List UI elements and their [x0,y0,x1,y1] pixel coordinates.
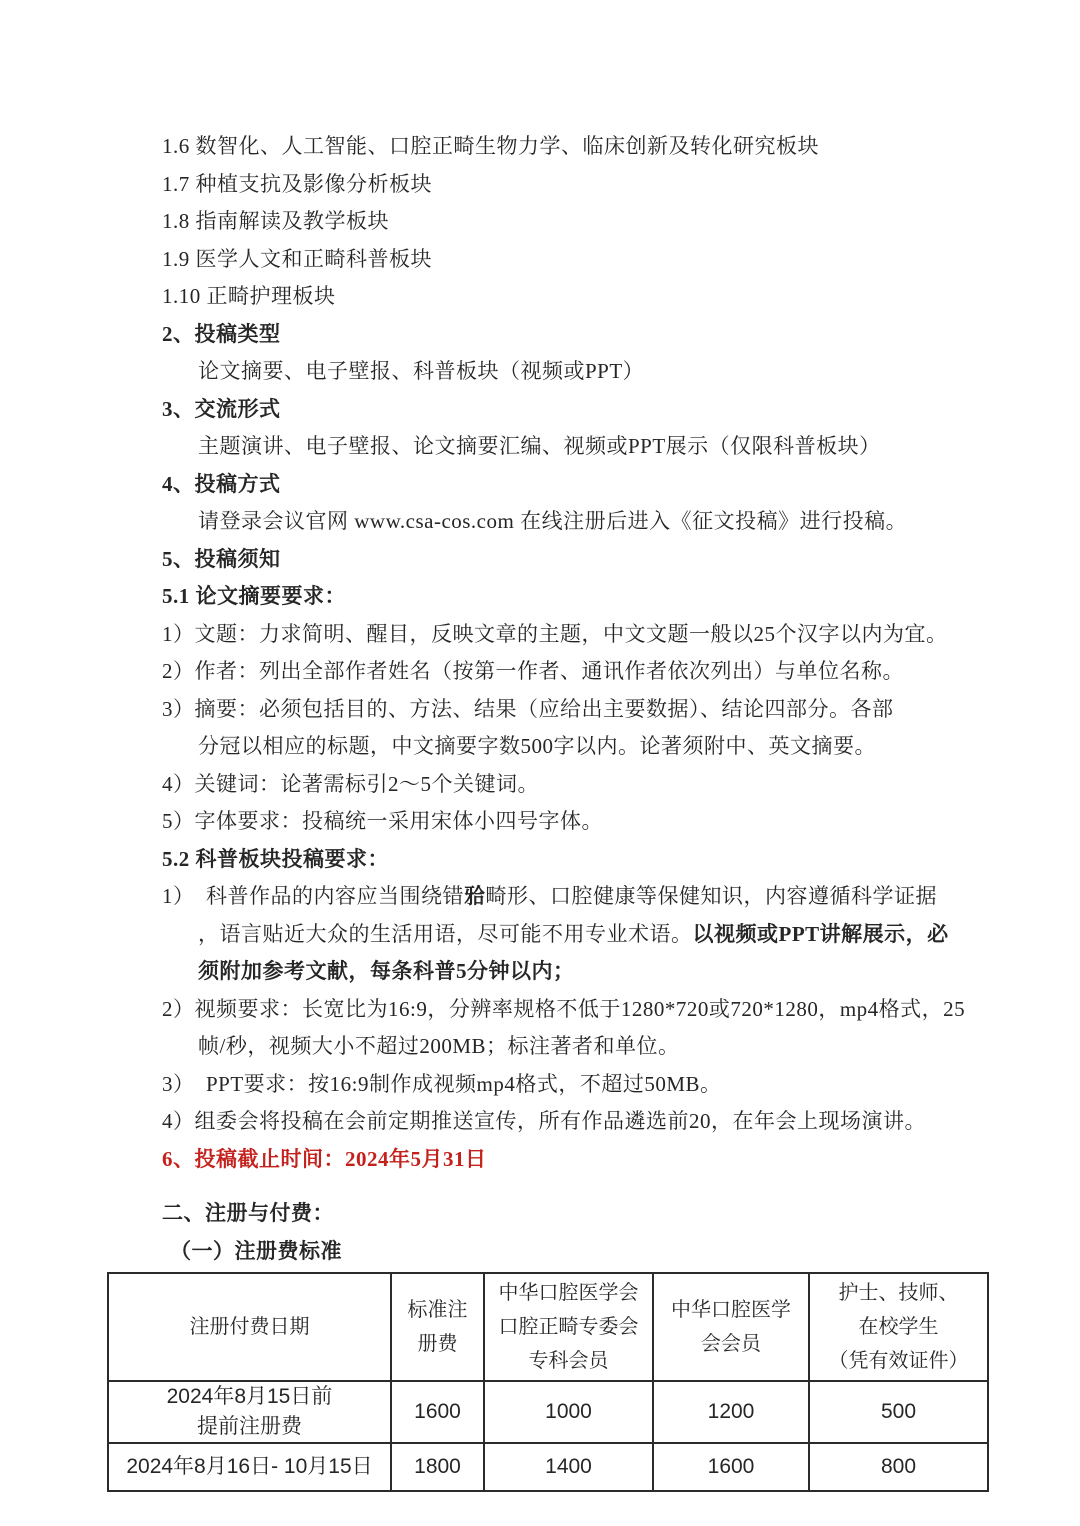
text-line-14: 1）文题：力求简明、醒目，反映文章的主题，中文文题一般以25个汉字以内为宜。 [162,616,1080,654]
text-segment: 1）文题：力求简明、醒目，反映文章的主题，中文文题一般以25个汉字以内为宜。 [162,622,948,646]
bold-text-segment: 以视频或PPT讲解展示，必 [693,922,949,946]
text-segment: 2）视频要求：长宽比为16:9，分辨率规格不低于1280*720或720*128… [162,997,965,1021]
text-line-11: 请登录会议官网 www.csa-cos.com 在线注册后进入《征文投稿》进行投… [198,503,1080,541]
text-line-13: 5.1 论文摘要要求： [162,578,1080,616]
text-line-5: 1.10 正畸护理板块 [162,278,1080,316]
fee-table-header-row: 注册付费日期 标准注 册费 中华口腔医学会 口腔正畸专委会 专科会员 中华口腔医… [108,1273,988,1381]
fee-header-nurse-student: 护士、技师、 在校学生 （凭有效证件） [809,1273,988,1381]
text-line-23: 须附加参考文献，每条科普5分钟以内； [198,953,1080,991]
text-segment: 4）关键词：论著需标引2～5个关键词。 [162,772,539,796]
text-line-10: 4、投稿方式 [162,466,1080,504]
text-line-28: 6、投稿截止时间：2024年5月31日 [162,1141,1080,1179]
text-line-7: 论文摘要、电子壁报、科普板块（视频或PPT） [198,353,1080,391]
text-line-26: 3） PPT要求：按16:9制作成视频mp4格式，不超过50MB。 [162,1066,1080,1104]
text-segment: 二、注册与付费： [162,1201,334,1225]
text-line-3: 1.8 指南解读及教学板块 [162,203,1080,241]
text-line-27: 4）组委会将投稿在会前定期推送宣传，所有作品遴选前20，在年会上现场演讲。 [162,1103,1080,1141]
text-line-12: 5、投稿须知 [162,541,1080,579]
text-segment: 帧/秒，视频大小不超过200MB；标注著者和单位。 [198,1034,680,1058]
registration-fee-table: 注册付费日期 标准注 册费 中华口腔医学会 口腔正畸专委会 专科会员 中华口腔医… [107,1272,989,1492]
text-segment: 2、投稿类型 [162,322,281,346]
text-segment: 4、投稿方式 [162,472,281,496]
bold-text-segment: 须附加参考文献，每条科普5分钟以内； [198,959,575,983]
text-line-18: 4）关键词：论著需标引2～5个关键词。 [162,766,1080,804]
text-segment: 2）作者：列出全部作者姓名（按第一作者、通讯作者依次列出）与单位名称。 [162,659,904,683]
text-line-8: 3、交流形式 [162,391,1080,429]
text-segment: 5）字体要求：投稿统一采用宋体小四号字体。 [162,809,603,833]
fee-table-row-regular: 2024年8月16日- 10月15日 1800 1400 1600 800 [108,1443,988,1491]
text-line-1: 1.6 数智化、人工智能、口腔正畸生物力学、临床创新及转化研究板块 [162,128,1080,166]
text-segment: 4）组委会将投稿在会前定期推送宣传，所有作品遴选前20，在年会上现场演讲。 [162,1109,926,1133]
fee-cell-value: 1600 [391,1381,484,1443]
text-segment: 1.7 种植支抗及影像分析板块 [162,172,432,196]
fee-header-standard: 标准注 册费 [391,1273,484,1381]
text-segment: （一）注册费标准 [170,1239,342,1263]
text-line-9: 主题演讲、电子壁报、论文摘要汇编、视频或PPT展示（仅限科普板块） [198,428,1080,466]
text-line-22: ，语言贴近大众的生活用语，尽可能不用专业术语。以视频或PPT讲解展示，必 [198,916,1080,954]
fee-header-date: 注册付费日期 [108,1273,391,1381]
text-line-16: 3）摘要：必须包括目的、方法、结果（应给出主要数据）、结论四部分。各部 [162,691,1080,729]
fee-header-society-member: 中华口腔医学 会会员 [653,1273,809,1381]
text-line-20: 5.2 科普板块投稿要求： [162,841,1080,879]
text-segment: 1.8 指南解读及教学板块 [162,209,389,233]
fee-cell-value: 800 [809,1443,988,1491]
document-body: 1.6 数智化、人工智能、口腔正畸生物力学、临床创新及转化研究板块1.7 种植支… [0,0,1080,1270]
text-segment: 畸形、口腔健康等保健知识，内容遵循科学证据 [486,884,938,908]
text-line-21: 1） 科普作品的内容应当围绕错𬌗畸形、口腔健康等保健知识，内容遵循科学证据 [162,878,1080,916]
fee-cell-value: 1600 [653,1443,809,1491]
text-segment: 1.6 数智化、人工智能、口腔正畸生物力学、临床创新及转化研究板块 [162,134,819,158]
text-line-4: 1.9 医学人文和正畸科普板块 [162,241,1080,279]
text-segment: 6、投稿截止时间：2024年5月31日 [162,1147,487,1171]
text-line-30: （一）注册费标准 [170,1233,1080,1271]
text-segment: ，语言贴近大众的生活用语，尽可能不用专业术语。 [198,922,693,946]
text-segment: 5.2 科普板块投稿要求： [162,847,389,871]
text-line-17: 分冠以相应的标题，中文摘要字数500字以内。论著须附中、英文摘要。 [198,728,1080,766]
text-segment: 1） 科普作品的内容应当围绕错 [162,884,464,908]
fee-cell-value: 500 [809,1381,988,1443]
fee-cell-value: 1400 [484,1443,653,1491]
text-line-25: 帧/秒，视频大小不超过200MB；标注著者和单位。 [198,1028,1080,1066]
fee-cell-value: 1800 [391,1443,484,1491]
text-line-6: 2、投稿类型 [162,316,1080,354]
text-line-2: 1.7 种植支抗及影像分析板块 [162,166,1080,204]
text-line-19: 5）字体要求：投稿统一采用宋体小四号字体。 [162,803,1080,841]
text-segment: 5、投稿须知 [162,547,281,571]
text-segment: 1.9 医学人文和正畸科普板块 [162,247,432,271]
text-segment: 论文摘要、电子壁报、科普板块（视频或PPT） [198,359,644,383]
text-segment: 主题演讲、电子壁报、论文摘要汇编、视频或PPT展示（仅限科普板块） [198,434,881,458]
text-segment: 3） PPT要求：按16:9制作成视频mp4格式，不超过50MB。 [162,1072,722,1096]
fee-cell-value: 1200 [653,1381,809,1443]
text-line-24: 2）视频要求：长宽比为16:9，分辨率规格不低于1280*720或720*128… [162,991,1080,1029]
text-segment: 请登录会议官网 www.csa-cos.com 在线注册后进入《征文投稿》进行投… [198,509,907,533]
document-page: 1.6 数智化、人工智能、口腔正畸生物力学、临床创新及转化研究板块1.7 种植支… [0,0,1080,1526]
bold-text-segment: 𬌗 [464,884,486,908]
fee-cell-date: 2024年8月15日前 提前注册费 [108,1381,391,1443]
fee-header-specialty-member: 中华口腔医学会 口腔正畸专委会 专科会员 [484,1273,653,1381]
text-segment: 分冠以相应的标题，中文摘要字数500字以内。论著须附中、英文摘要。 [198,734,876,758]
text-segment: 3）摘要：必须包括目的、方法、结果（应给出主要数据）、结论四部分。各部 [162,697,894,721]
text-line-29: 二、注册与付费： [162,1195,1080,1233]
fee-cell-date: 2024年8月16日- 10月15日 [108,1443,391,1491]
text-segment: 3、交流形式 [162,397,281,421]
fee-cell-value: 1000 [484,1381,653,1443]
text-line-15: 2）作者：列出全部作者姓名（按第一作者、通讯作者依次列出）与单位名称。 [162,653,1080,691]
text-segment: 5.1 论文摘要要求： [162,584,346,608]
text-segment: 1.10 正畸护理板块 [162,284,336,308]
fee-table-row-early: 2024年8月15日前 提前注册费 1600 1000 1200 500 [108,1381,988,1443]
